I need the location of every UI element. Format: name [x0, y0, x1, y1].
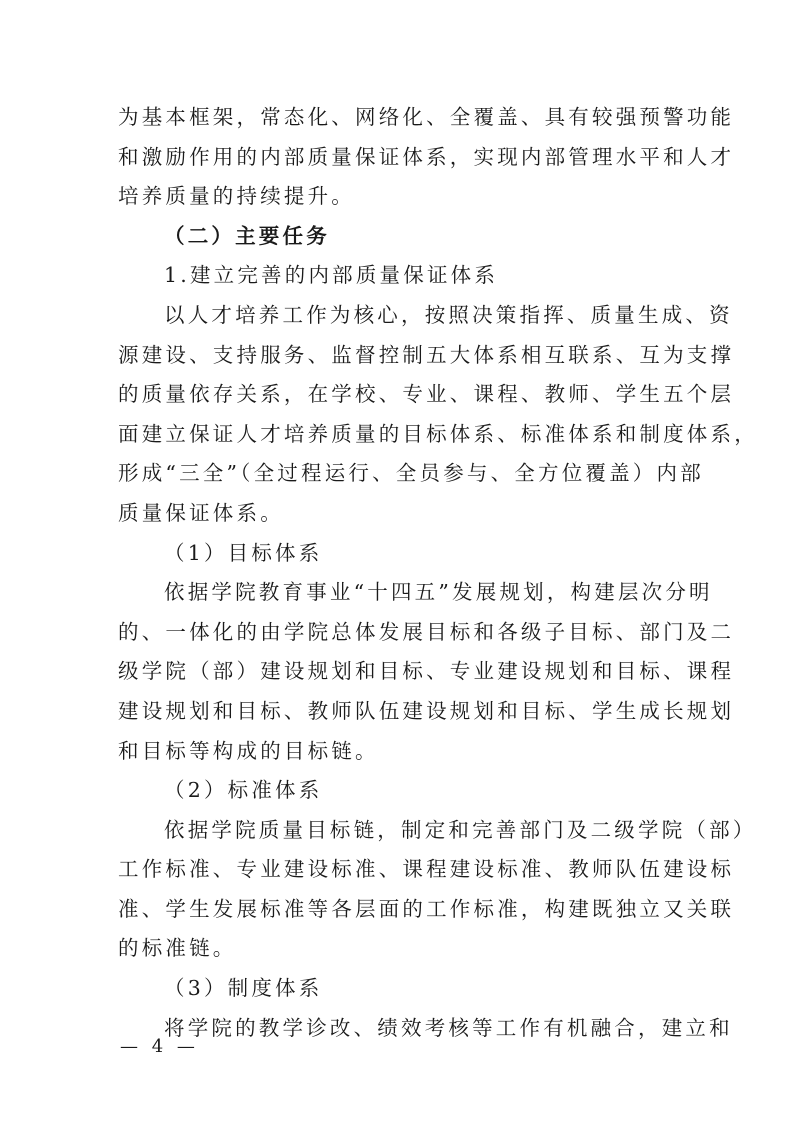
body-line: 的、一体化的由学院总体发展目标和各级子目标、部门及二: [118, 613, 678, 653]
body-line: 依据学院质量目标链，制定和完善部门及二级学院（部）: [118, 811, 678, 851]
page-number: — 4 —: [120, 1036, 199, 1057]
body-line: 级学院（部）建设规划和目标、专业建设规划和目标、课程: [118, 652, 678, 692]
body-line: 的标准链。: [118, 929, 678, 969]
subsection-heading-quality-system: 1.建立完善的内部质量保证体系: [118, 256, 678, 296]
body-line: 和目标等构成的目标链。: [118, 732, 678, 772]
body-line: 和激励作用的内部质量保证体系，实现内部管理水平和人才: [118, 138, 678, 178]
body-line: 质量保证体系。: [118, 494, 678, 534]
item-heading-institution-system: （3）制度体系: [118, 969, 678, 1009]
body-line: 源建设、支持服务、监督控制五大体系相互联系、互为支撑: [118, 336, 678, 376]
body-line: 形成“三全”（全过程运行、全员参与、全方位覆盖）内部: [118, 454, 678, 494]
body-line: 将学院的教学诊改、绩效考核等工作有机融合，建立和: [118, 1009, 678, 1049]
body-line: 依据学院教育事业“十四五”发展规划，构建层次分明: [118, 573, 678, 613]
body-line: 工作标准、专业建设标准、课程建设标准、教师队伍建设标: [118, 850, 678, 890]
item-heading-standard-system: （2）标准体系: [118, 771, 678, 811]
body-line: 为基本框架，常态化、网络化、全覆盖、具有较强预警功能: [118, 98, 678, 138]
item-heading-target-system: （1）目标体系: [118, 534, 678, 574]
body-line: 面建立保证人才培养质量的目标体系、标准体系和制度体系，: [118, 415, 678, 455]
body-line: 准、学生发展标准等各层面的工作标准，构建既独立又关联: [118, 890, 678, 930]
body-line: 以人才培养工作为核心，按照决策指挥、质量生成、资: [118, 296, 678, 336]
body-line: 培养质量的持续提升。: [118, 177, 678, 217]
body-line: 的质量依存关系，在学校、专业、课程、教师、学生五个层: [118, 375, 678, 415]
document-page: 为基本框架，常态化、网络化、全覆盖、具有较强预警功能 和激励作用的内部质量保证体…: [118, 98, 678, 1048]
section-heading-main-tasks: （二）主要任务: [118, 217, 678, 257]
body-line: 建设规划和目标、教师队伍建设规划和目标、学生成长规划: [118, 692, 678, 732]
